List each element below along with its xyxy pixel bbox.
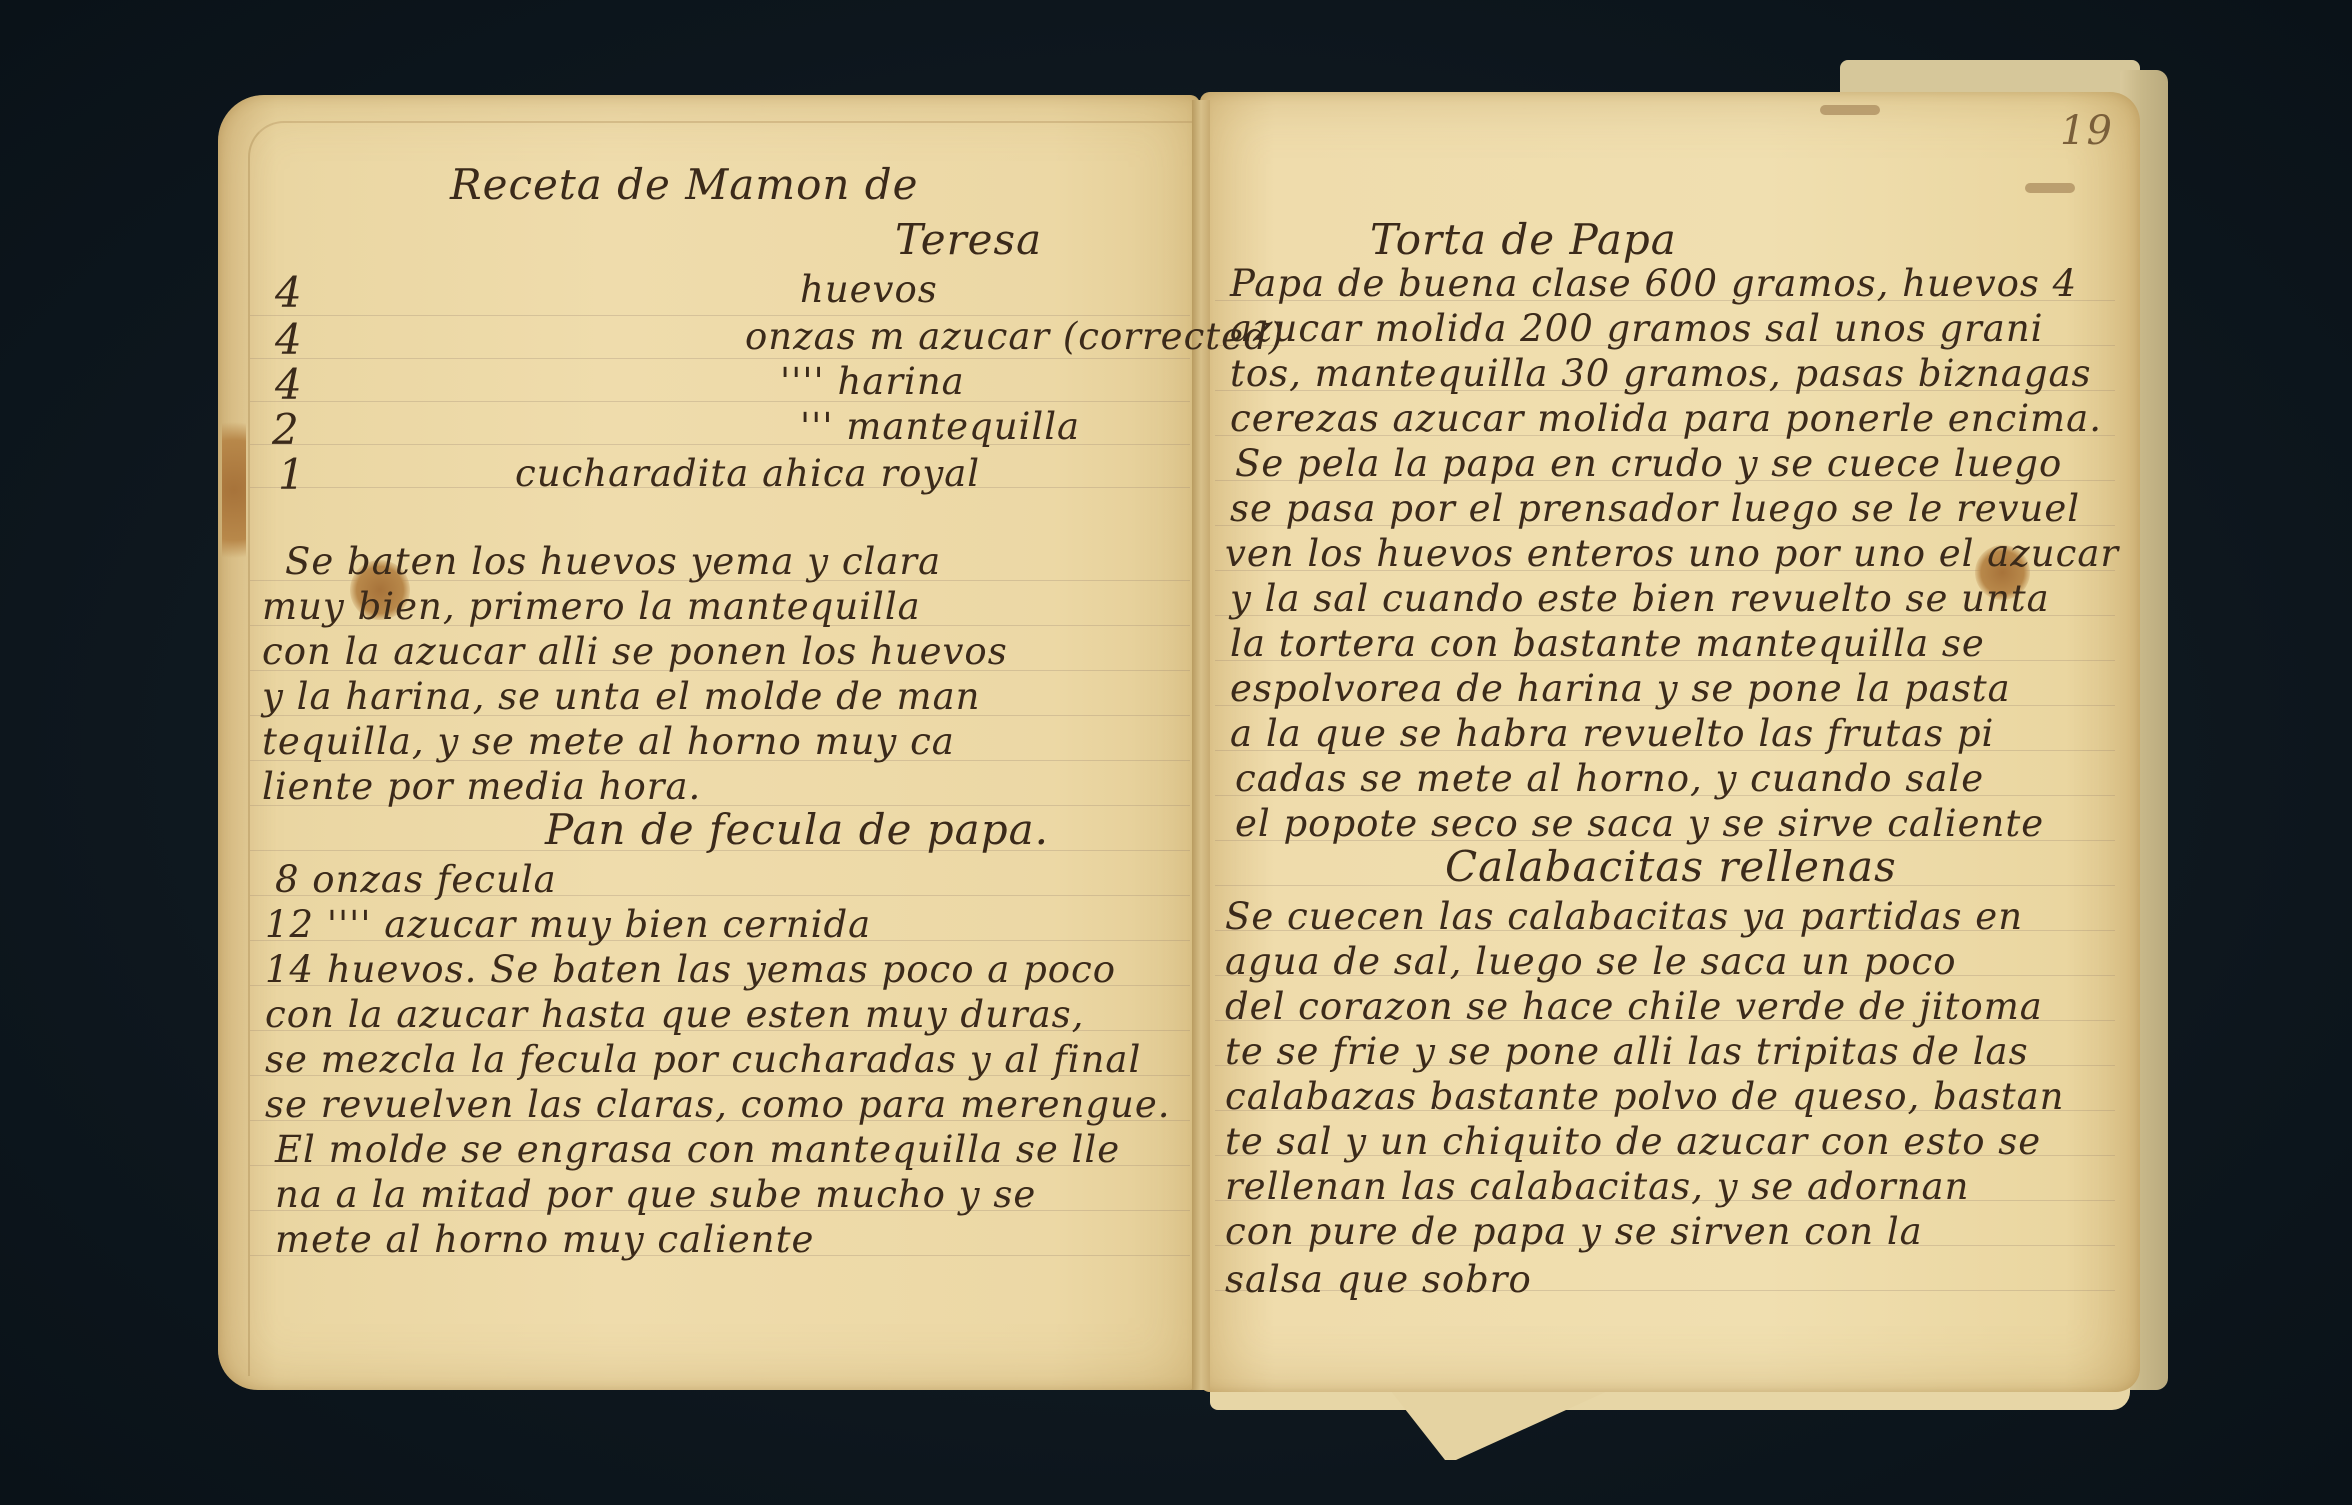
recipe-line: con pure de papa y se sirven con la bbox=[1225, 1210, 1923, 1253]
instruction-line: con la azucar alli se ponen los huevos bbox=[262, 630, 1008, 673]
recipe-line: El molde se engrasa con mantequilla se l… bbox=[275, 1128, 1120, 1171]
recipe-line: se revuelven las claras, como para meren… bbox=[265, 1083, 1171, 1126]
recipe-line: 14 huevos. Se baten las yemas poco a poc… bbox=[265, 948, 1116, 991]
recipe-line: espolvorea de harina y se pone la pasta bbox=[1230, 667, 2011, 710]
recipe-title: Pan de fecula de papa. bbox=[545, 805, 1049, 854]
recipe-line: con la azucar hasta que esten muy duras, bbox=[265, 993, 1084, 1036]
page-number: 19 bbox=[2060, 108, 2113, 154]
edge-stain bbox=[222, 400, 246, 580]
recipe-line: cadas se mete al horno, y cuando sale bbox=[1235, 757, 1984, 800]
recipe-line: ven los huevos enteros uno por uno el az… bbox=[1225, 532, 2119, 575]
recipe-title: Calabacitas rellenas bbox=[1445, 842, 1897, 891]
recipe-line: salsa que sobro bbox=[1225, 1258, 1532, 1301]
ruled-line bbox=[250, 358, 1190, 359]
recipe-line: rellenan las calabacitas, y se adornan bbox=[1225, 1165, 1969, 1208]
ingredient-qty: 4 bbox=[275, 268, 303, 317]
recipe-line: te sal y un chiquito de azucar con esto … bbox=[1225, 1120, 2041, 1163]
recipe-line: mete al horno muy caliente bbox=[275, 1218, 814, 1261]
recipe-title: Torta de Papa bbox=[1370, 215, 1677, 264]
ingredient-qty: 1 bbox=[278, 450, 306, 499]
recipe-line: 12 '''' azucar muy bien cernida bbox=[265, 903, 871, 946]
book-gutter bbox=[1192, 100, 1210, 1390]
instruction-line: y la harina, se unta el molde de man bbox=[262, 675, 980, 718]
recipe-title-continued: Teresa bbox=[895, 215, 1042, 264]
recipe-line: a la que se habra revuelto las frutas pi bbox=[1230, 712, 1994, 755]
ingredient-qty: 4 bbox=[275, 360, 303, 409]
recipe-line: Papa de buena clase 600 gramos, huevos 4 bbox=[1230, 262, 2077, 305]
ingredient-qty: 2 bbox=[272, 405, 300, 454]
ingredient-qty: 4 bbox=[275, 315, 303, 364]
recipe-line: na a la mitad por que sube mucho y se bbox=[275, 1173, 1036, 1216]
ingredient-item: ''' mantequilla bbox=[800, 405, 1080, 448]
recipe-line: y la sal cuando este bien revuelto se un… bbox=[1230, 577, 2050, 620]
recipe-line: Se cuecen las calabacitas ya partidas en bbox=[1225, 895, 2023, 938]
instruction-line: tequilla, y se mete al horno muy ca bbox=[262, 720, 955, 763]
loose-paper-flap bbox=[1390, 1390, 1610, 1460]
instruction-line: muy bien, primero la mantequilla bbox=[262, 585, 921, 628]
ingredient-item: huevos bbox=[800, 268, 938, 311]
ingredient-item: onzas m azucar (corrected) bbox=[745, 315, 1284, 358]
instruction-line: Se baten los huevos yema y clara bbox=[285, 540, 941, 583]
recipe-line: azucar molida 200 gramos sal unos grani bbox=[1230, 307, 2044, 350]
ingredient-item: cucharadita ahica royal bbox=[515, 452, 980, 495]
recipe-line: el popote seco se saca y se sirve calien… bbox=[1235, 802, 2044, 845]
recipe-line: cerezas azucar molida para ponerle encim… bbox=[1230, 397, 2102, 440]
recipe-line: del corazon se hace chile verde de jitom… bbox=[1225, 985, 2043, 1028]
recipe-line: 8 onzas fecula bbox=[275, 858, 557, 901]
recipe-line: tos, mantequilla 30 gramos, pasas biznag… bbox=[1230, 352, 2092, 395]
recipe-line: se mezcla la fecula por cucharadas y al … bbox=[265, 1038, 1141, 1081]
recipe-line: la tortera con bastante mantequilla se bbox=[1230, 622, 1985, 665]
recipe-line: Se pela la papa en crudo y se cuece lueg… bbox=[1235, 442, 2062, 485]
ruled-line bbox=[250, 401, 1190, 402]
ingredient-item: '''' harina bbox=[780, 360, 965, 403]
recipe-line: agua de sal, luego se le saca un poco bbox=[1225, 940, 1957, 983]
recipe-line: calabazas bastante polvo de queso, basta… bbox=[1225, 1075, 2065, 1118]
smudge-mark bbox=[2025, 183, 2075, 193]
smudge-mark bbox=[1820, 105, 1880, 115]
recipe-line: te se frie y se pone alli las tripitas d… bbox=[1225, 1030, 2029, 1073]
recipe-line: se pasa por el prensador luego se le rev… bbox=[1230, 487, 2080, 530]
recipe-title: Receta de Mamon de bbox=[450, 160, 919, 209]
instruction-line: liente por media hora. bbox=[262, 765, 701, 808]
